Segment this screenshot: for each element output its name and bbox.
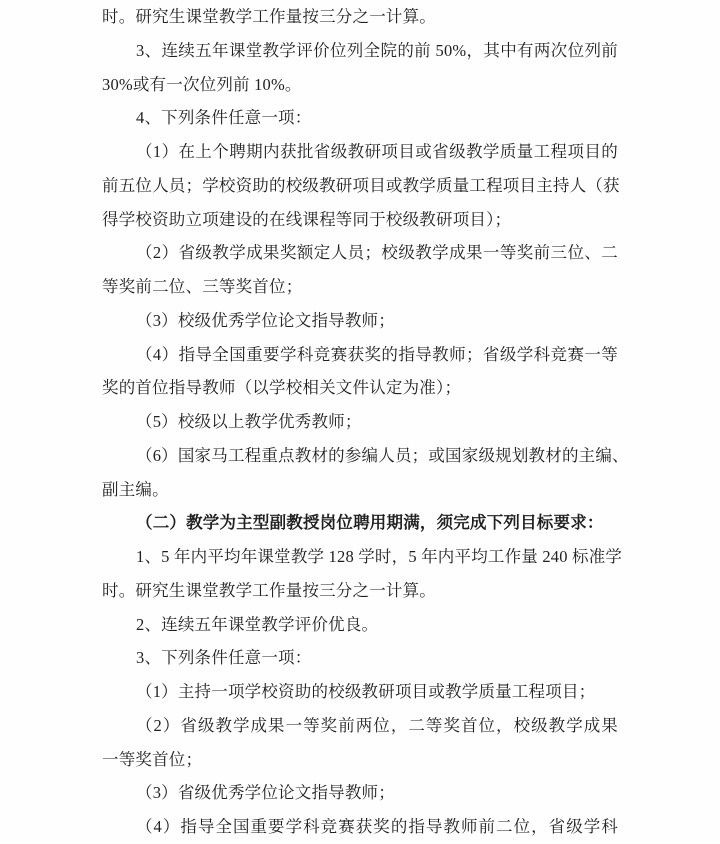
- document-line: 副主编。: [102, 473, 618, 507]
- document-page: 时。研究生课堂教学工作量按三分之一计算。 3、连续五年课堂教学评价位列全院的前 …: [0, 0, 720, 844]
- document-line: （5）校级以上教学优秀教师；: [102, 405, 618, 439]
- document-section-heading: （二）教学为主型副教授岗位聘用期满，须完成下列目标要求：: [102, 506, 618, 540]
- document-line: 30%或有一次位列前 10%。: [102, 68, 618, 102]
- document-line: （2）省级教学成果一等奖前两位，二等奖首位，校级教学成果: [102, 709, 618, 743]
- document-line: （4）指导全国重要学科竞赛获奖的指导教师前二位，省级学科: [102, 810, 618, 844]
- document-line: 得学校资助立项建设的在线课程等同于校级教研项目）；: [102, 203, 618, 237]
- document-line: （2）省级教学成果奖额定人员；校级教学成果一等奖前三位、二: [102, 236, 618, 270]
- document-line: 3、连续五年课堂教学评价位列全院的前 50%，其中有两次位列前: [102, 34, 618, 68]
- document-line: （3）校级优秀学位论文指导教师；: [102, 304, 618, 338]
- document-line: 奖的首位指导教师（以学校相关文件认定为准）；: [102, 371, 618, 405]
- document-line: （1）在上个聘期内获批省级教研项目或省级教学质量工程项目的: [102, 135, 618, 169]
- document-line: （1）主持一项学校资助的校级教研项目或教学质量工程项目；: [102, 675, 618, 709]
- document-line: （3）省级优秀学位论文指导教师；: [102, 776, 618, 810]
- document-line: 1、5 年内平均年课堂教学 128 学时，5 年内平均工作量 240 标准学: [102, 540, 618, 574]
- document-line: 一等奖首位；: [102, 743, 618, 777]
- document-line: 等奖前二位、三等奖首位；: [102, 270, 618, 304]
- document-line: （6）国家马工程重点教材的参编人员；或国家级规划教材的主编、: [102, 439, 618, 473]
- document-line: 4、下列条件任意一项：: [102, 101, 618, 135]
- document-line: 前五位人员；学校资助的校级教研项目或教学质量工程项目主持人（获: [102, 169, 618, 203]
- document-line: 时。研究生课堂教学工作量按三分之一计算。: [102, 0, 618, 34]
- document-line: 时。研究生课堂教学工作量按三分之一计算。: [102, 574, 618, 608]
- document-line: 2、连续五年课堂教学评价优良。: [102, 608, 618, 642]
- document-line: 3、下列条件任意一项：: [102, 641, 618, 675]
- document-line: （4）指导全国重要学科竞赛获奖的指导教师；省级学科竞赛一等: [102, 338, 618, 372]
